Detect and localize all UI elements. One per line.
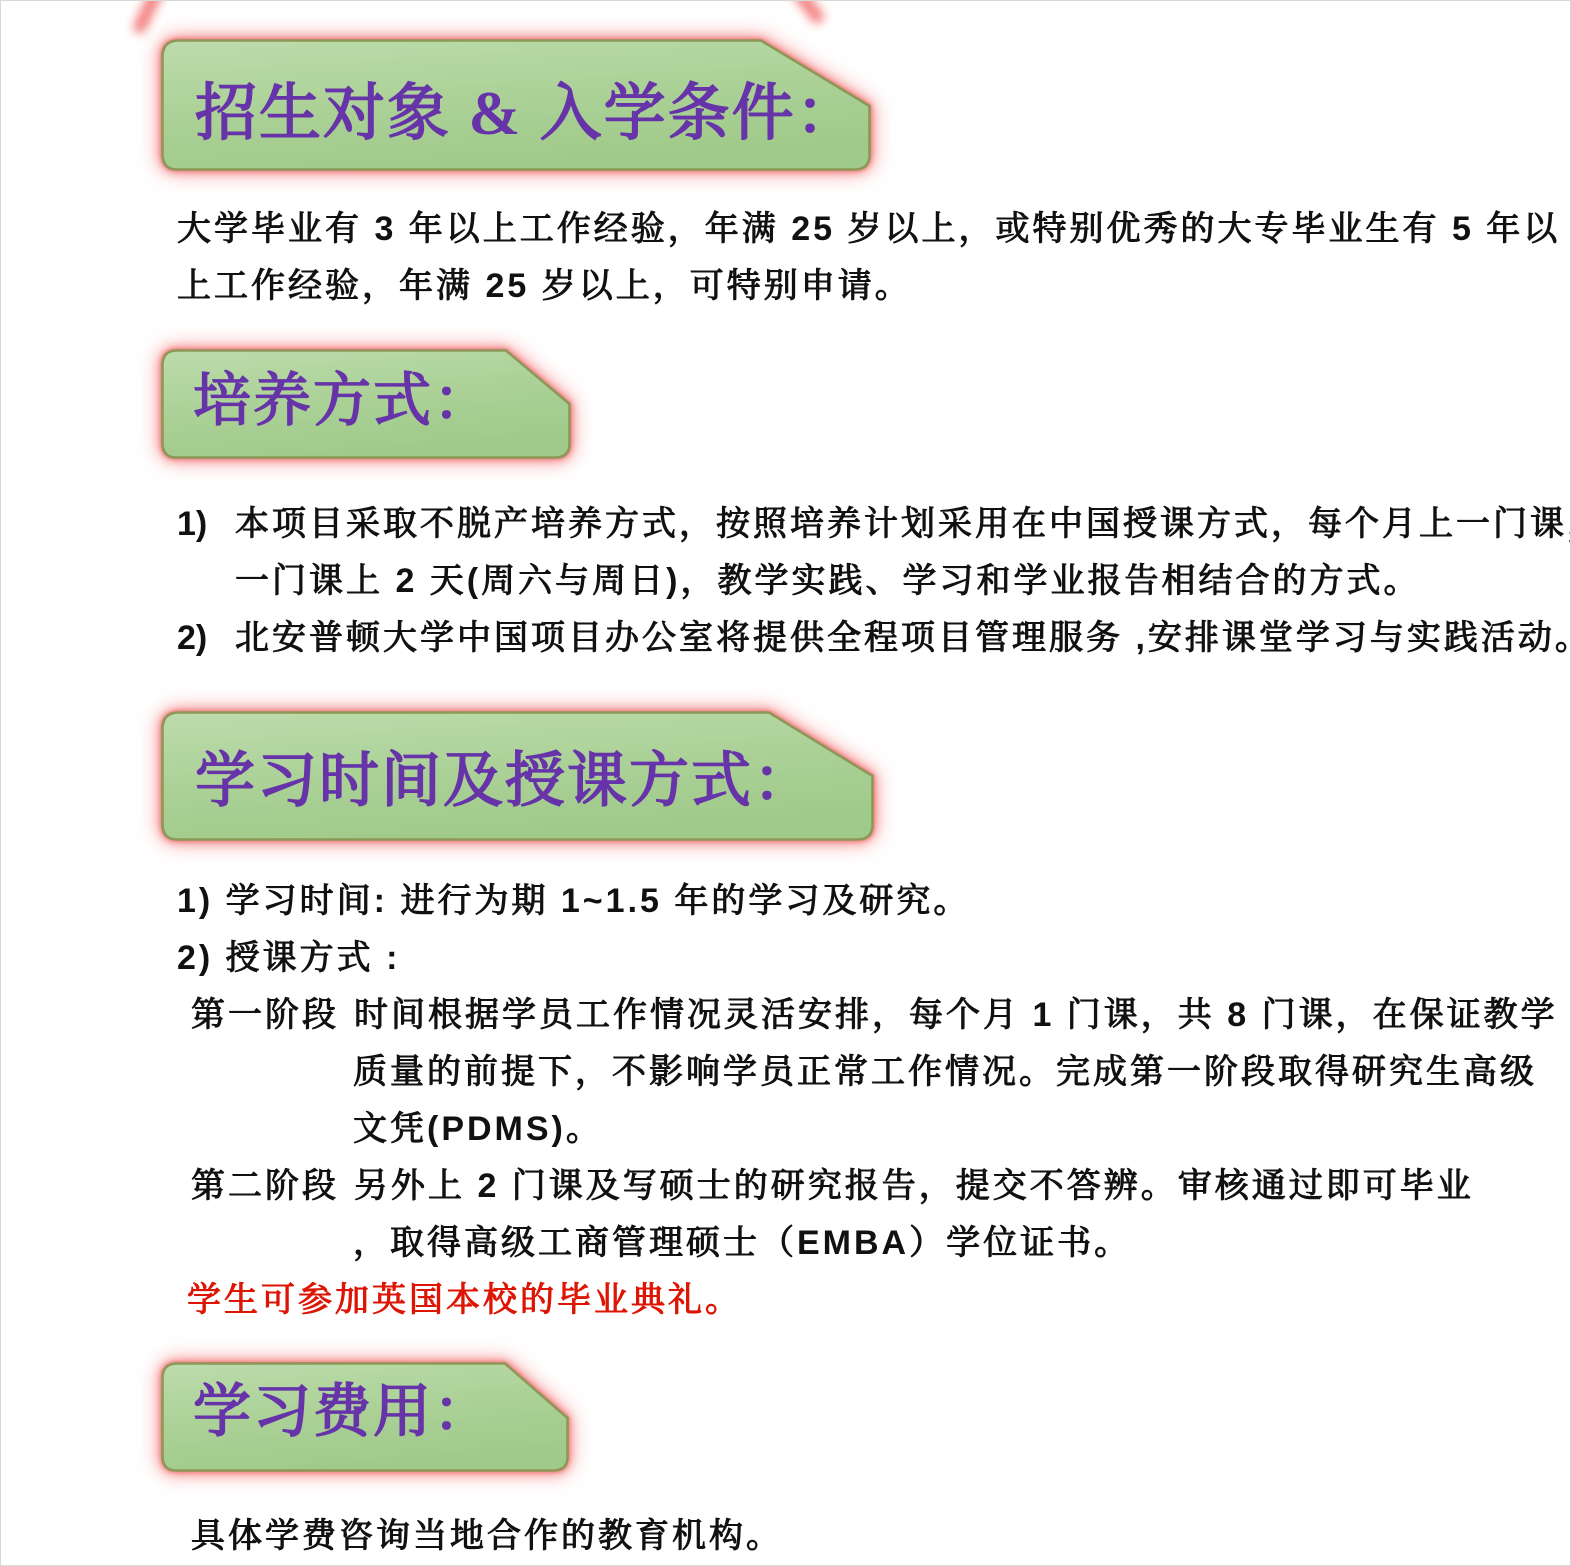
section-banner-admission: 招生对象 & 入学条件：	[161, 39, 871, 171]
document-page: 招生对象 & 入学条件： 大学毕业有 3 年以上工作经验，年满 25 岁以上，或…	[0, 0, 1571, 1566]
section-banner-training: 培养方式：	[161, 349, 571, 459]
text-line: 具体学费咨询当地合作的教育机构。	[191, 1508, 783, 1565]
text-line: 另外上 2 门课及写硕士的研究报告，提交不答辨。审核通过即可毕业	[354, 1167, 1474, 1205]
list-item-line: 一门课上 2 天(周六与周日)，教学实践、学习和学业报告相结合的方式。	[235, 553, 1571, 610]
graduation-note: 学生可参加英国本校的毕业典礼。	[187, 1272, 1558, 1329]
text-line: 质量的前提下，不影响学员正常工作情况。完成第一阶段取得研究生高级	[353, 1044, 1558, 1101]
glow-artifact	[787, 0, 827, 26]
fees-paragraph: 具体学费咨询当地合作的教育机构。	[191, 1508, 783, 1565]
glow-artifact	[131, 0, 165, 35]
text-line: 本项目采取不脱产培养方式，按照培养计划采用在中国授课方式，每个月上一门课，	[235, 505, 1571, 543]
list-marker: 2)	[177, 610, 235, 667]
stage-line: 第二阶段另外上 2 门课及写硕士的研究报告，提交不答辨。审核通过即可毕业	[177, 1158, 1558, 1215]
training-list: 1)本项目采取不脱产培养方式，按照培养计划采用在中国授课方式，每个月上一门课， …	[177, 496, 1571, 667]
stage-label: 第二阶段	[191, 1158, 339, 1215]
text-line: ，取得高级工商管理硕士（EMBA）学位证书。	[353, 1215, 1558, 1272]
list-item-line: 2)北安普顿大学中国项目办公室将提供全程项目管理服务 ,安排课堂学习与实践活动。	[177, 610, 1571, 667]
text-line: 时间根据学员工作情况灵活安排，每个月 1 门课，共 8 门课，在保证教学	[354, 996, 1558, 1034]
section-title: 招生对象 & 入学条件：	[195, 83, 860, 145]
text-line: 上工作经验，年满 25 岁以上，可特别申请。	[177, 258, 1560, 315]
text-line: 1) 学习时间: 进行为期 1~1.5 年的学习及研究。	[177, 873, 1558, 930]
text-line: 大学毕业有 3 年以上工作经验，年满 25 岁以上，或特别优秀的大专毕业生有 5…	[177, 201, 1560, 258]
text-line: 2) 授课方式 :	[177, 930, 1558, 987]
section-banner-schedule: 学习时间及授课方式：	[161, 711, 874, 841]
section-banner-fees: 学习费用：	[161, 1362, 569, 1472]
schedule-block: 1) 学习时间: 进行为期 1~1.5 年的学习及研究。 2) 授课方式 : 第…	[177, 873, 1558, 1329]
section-title: 学习费用：	[193, 1383, 493, 1441]
stage-label: 第一阶段	[191, 987, 339, 1044]
section-title: 学习时间及授课方式：	[195, 751, 815, 811]
text-line: 北安普顿大学中国项目办公室将提供全程项目管理服务 ,安排课堂学习与实践活动。	[235, 619, 1571, 657]
section-title: 培养方式：	[193, 372, 493, 430]
list-item-line: 1)本项目采取不脱产培养方式，按照培养计划采用在中国授课方式，每个月上一门课，	[177, 496, 1571, 553]
stage-line: 第一阶段时间根据学员工作情况灵活安排，每个月 1 门课，共 8 门课，在保证教学	[177, 987, 1558, 1044]
list-marker: 1)	[177, 496, 235, 553]
text-line: 文凭(PDMS)。	[353, 1101, 1558, 1158]
admission-paragraph: 大学毕业有 3 年以上工作经验，年满 25 岁以上，或特别优秀的大专毕业生有 5…	[177, 201, 1560, 315]
